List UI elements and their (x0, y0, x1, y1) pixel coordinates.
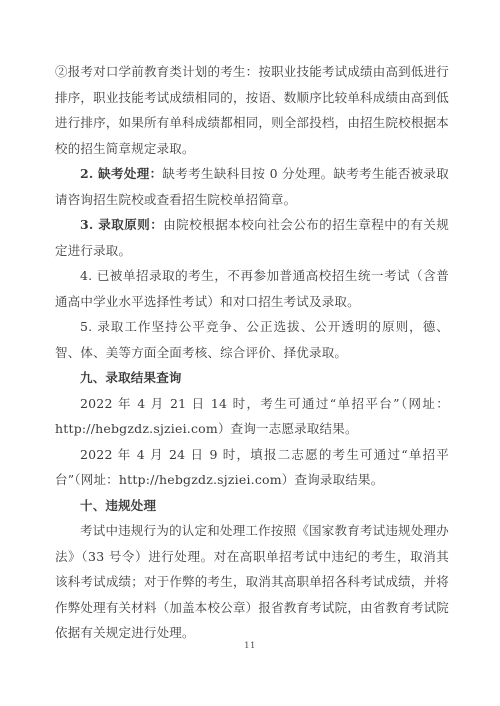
paragraph-5-fairness-principle: 5. 录取工作坚持公平竞争、公正选拔、公开透明的原则，德、智、体、美等方面全面考… (55, 314, 449, 365)
heading-10-violation-handling: 十、违规处理 (55, 493, 449, 519)
paragraph-4-admitted-students-run: 4. 已被单招录取的考生，不再参加普通高校招生统一考试（含普通高中学业水平选择性… (55, 268, 449, 309)
paragraph-circled2-preschool-rule: ②报考对口学前教育类计划的考生：按职业技能考试成绩由高到低进行排序，职业技能考试… (55, 59, 449, 161)
paragraph-4-admitted-students: 4. 已被单招录取的考生，不再参加普通高校招生统一考试（含普通高中学业水平选择性… (55, 263, 449, 314)
paragraph-circled2-preschool-rule-run: ②报考对口学前教育类计划的考生：按职业技能考试成绩由高到低进行排序，职业技能考试… (55, 64, 449, 156)
heading-10-violation-handling-run: 十、违规处理 (80, 498, 156, 513)
heading-9-result-query-run: 九、录取结果查询 (80, 370, 182, 385)
heading-9-result-query: 九、录取结果查询 (55, 365, 449, 391)
document-page: ②报考对口学前教育类计划的考生：按职业技能考试成绩由高到低进行排序，职业技能考试… (0, 0, 500, 706)
paragraph-second-choice-query-run: 2022 年 4 月 24 日 9 时，填报二志愿的考生可通过“单招平台”（网址… (55, 447, 449, 488)
paragraph-5-fairness-principle-run: 5. 录取工作坚持公平竞争、公正选拔、公开透明的原则，德、智、体、美等方面全面考… (55, 319, 449, 360)
paragraph-violation-rules: 考试中违规行为的认定和处理工作按照《国家教育考试违规处理办法》（33 号令）进行… (55, 518, 449, 646)
paragraph-2-absent-handling-run: 2. 缺考处理： (80, 166, 162, 181)
document-body-text: ②报考对口学前教育类计划的考生：按职业技能考试成绩由高到低进行排序，职业技能考试… (55, 59, 449, 646)
paragraph-second-choice-query: 2022 年 4 月 24 日 9 时，填报二志愿的考生可通过“单招平台”（网址… (55, 442, 449, 493)
paragraph-first-choice-query-run: 2022 年 4 月 21 日 14 时，考生可通过“单招平台”（网址：http… (55, 396, 449, 437)
page-number: 11 (0, 641, 500, 651)
paragraph-2-absent-handling: 2. 缺考处理：缺考考生缺科目按 0 分处理。缺考考生能否被录取请咨询招生院校或… (55, 161, 449, 212)
paragraph-3-admission-principle-run: 3. 录取原则： (80, 217, 163, 232)
paragraph-3-admission-principle: 3. 录取原则：由院校根据本校向社会公布的招生章程中的有关规定进行录取。 (55, 212, 449, 263)
paragraph-violation-rules-run: 考试中违规行为的认定和处理工作按照《国家教育考试违规处理办法》（33 号令）进行… (55, 523, 449, 640)
paragraph-first-choice-query: 2022 年 4 月 21 日 14 时，考生可通过“单招平台”（网址：http… (55, 391, 449, 442)
